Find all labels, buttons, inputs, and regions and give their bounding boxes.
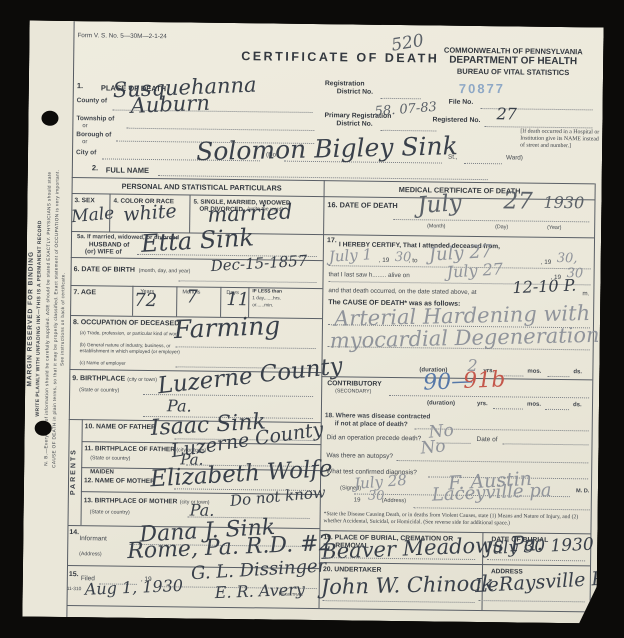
birthplace-hint1: (city or town) bbox=[127, 377, 157, 383]
physician-address: Laceyville pa bbox=[432, 482, 552, 505]
primary-district-no-value: 58. 07-83 bbox=[374, 101, 437, 119]
registration-label: Registration bbox=[325, 80, 365, 87]
time-of-death-value: 12-10 P. bbox=[512, 278, 576, 297]
city-label: City of bbox=[76, 149, 96, 156]
autopsy-value: No bbox=[420, 438, 447, 457]
dotted-line bbox=[464, 163, 502, 164]
father-birthplace-hint2: (State or country) bbox=[90, 455, 130, 461]
age-years-value: 72 bbox=[134, 292, 157, 310]
hole-punch bbox=[35, 421, 52, 436]
dotted-line bbox=[381, 98, 421, 99]
date-of-birth-label: 6. DATE OF BIRTH bbox=[74, 266, 135, 274]
attended-to-year: 30, bbox=[557, 252, 578, 265]
date-of-death-day: 27 bbox=[503, 190, 533, 213]
dotted-line bbox=[487, 559, 585, 561]
occupation-hint-b: (b) General nature of industry, business… bbox=[80, 343, 184, 355]
form-number: Form V. S. No. 5—30M—2-1-24 bbox=[77, 32, 166, 40]
registered-no-value: 27 bbox=[496, 106, 517, 122]
occupation-hint-c: (c) Name of employer bbox=[79, 361, 125, 367]
operation-date-label: Date of bbox=[477, 436, 498, 443]
operation-label: Did an operation precede death? bbox=[327, 434, 422, 442]
if-less-label2: 1 day,......hrs. bbox=[252, 296, 281, 301]
occupation-hint-a: (a) Trade, profession, or particular kin… bbox=[80, 331, 180, 338]
date-of-birth-value: Dec-15-1857 bbox=[210, 254, 307, 275]
occupation-label: 8. OCCUPATION OF DECEASED bbox=[73, 319, 179, 327]
md-label: M. D. bbox=[576, 488, 589, 494]
item14-number: 14. bbox=[69, 529, 79, 536]
autopsy-label: Was there an autopsy? bbox=[326, 452, 393, 460]
binding-margin-strip: MARGIN RESERVED FOR BINDING WRITE PLAINL… bbox=[22, 21, 74, 618]
dotted-line bbox=[545, 409, 569, 410]
cause-footnote: *State the Disease Causing Death, or in … bbox=[324, 511, 590, 528]
mother-birthplace-label: 13. BIRTHPLACE OF MOTHER bbox=[84, 497, 178, 505]
burial-date-value: July 30 1930 bbox=[485, 537, 594, 558]
age-months-value: 7 bbox=[186, 288, 198, 306]
rule bbox=[132, 286, 133, 316]
section-left-title: PERSONAL AND STATISTICAL PARTICULARS bbox=[84, 181, 320, 193]
parents-group-label: PARENTS bbox=[70, 419, 78, 525]
contributory-code-red: 91b bbox=[463, 369, 506, 393]
mother-birthplace-hint2: (State or country) bbox=[90, 509, 130, 515]
year-hint: (Year) bbox=[547, 225, 561, 231]
signed-address-label: (Address) bbox=[382, 498, 406, 504]
full-name-label: FULL NAME bbox=[106, 165, 149, 175]
file-no-label: File No. bbox=[449, 99, 474, 106]
m-label: m. bbox=[582, 290, 589, 297]
undertaker-value: John W. Chinock bbox=[321, 573, 494, 598]
marital-value: married bbox=[207, 202, 293, 226]
day-hint: (Day) bbox=[495, 224, 508, 230]
sex-label: 3. SEX bbox=[74, 197, 94, 204]
date-of-death-month: July bbox=[417, 192, 463, 218]
item1-number: 1. bbox=[77, 81, 83, 90]
if-less-label1: IF LESS than bbox=[252, 289, 282, 294]
printed-19: , 19 bbox=[379, 257, 390, 264]
contributory-label: CONTRIBUTORY bbox=[327, 380, 381, 388]
township-value: Auburn bbox=[130, 93, 210, 117]
maiden-label: MAIDEN bbox=[90, 469, 114, 475]
rule bbox=[81, 419, 83, 525]
if-less-label3: or......min. bbox=[252, 303, 273, 308]
dotted-line bbox=[323, 600, 475, 603]
hospital-note: [If death occurred in a Hospital or Inst… bbox=[520, 129, 600, 152]
occupation-value: Farming bbox=[173, 313, 280, 342]
q18-line2: if not at place of death? bbox=[335, 420, 408, 428]
last-saw-text: that I last saw h........ alive on bbox=[329, 271, 410, 279]
filed-date-value: Aug 1, 1930 bbox=[84, 578, 183, 598]
registered-no-label: Registered No. bbox=[432, 116, 480, 124]
photo-of-certificate: { "colors":{"paper":"#ece9dd","ink":"#33… bbox=[0, 0, 624, 638]
dotted-line bbox=[414, 507, 590, 510]
father-birthplace-label: 11. BIRTHPLACE OF FATHER bbox=[84, 445, 175, 453]
borough-label: Borough of bbox=[76, 131, 111, 138]
mother-name-label: 12. NAME OF MOTHER bbox=[84, 477, 155, 485]
attended-from-value: July 1 bbox=[328, 247, 372, 264]
dotted-line bbox=[176, 346, 316, 349]
age-label: 7. AGE bbox=[73, 289, 96, 296]
age-days-value: 11 bbox=[226, 291, 249, 309]
q18-line1: 18. Where was disease contracted bbox=[325, 412, 431, 420]
birthplace-value: Luzerne County bbox=[157, 355, 344, 398]
dotted-line bbox=[547, 376, 569, 377]
or-text: or bbox=[82, 123, 87, 129]
agency-bureau: BUREAU OF VITAL STATISTICS bbox=[425, 66, 601, 77]
dotted-line bbox=[393, 219, 589, 222]
ds-label2: ds. bbox=[573, 402, 582, 408]
filed-signature: G. L. Dissinger bbox=[191, 557, 327, 583]
spouse-value: Etta Sink bbox=[140, 225, 254, 255]
hole-punch bbox=[41, 111, 58, 126]
agency-department: DEPARTMENT OF HEALTH bbox=[425, 54, 601, 67]
wife-of-label: (or) WIFE of bbox=[85, 248, 122, 255]
death-occurred-text: and that death occurred, on the date sta… bbox=[328, 287, 476, 296]
month-hint: (Month) bbox=[427, 223, 445, 229]
dotted-line bbox=[396, 460, 588, 463]
birthplace-label: 9. BIRTHPLACE bbox=[72, 375, 125, 383]
secondary-hint: (SECONDARY) bbox=[335, 388, 371, 394]
dotted-line bbox=[178, 280, 316, 283]
full-name-value: Solomon Bigley Sink bbox=[196, 133, 458, 164]
death-certificate-document: MARGIN RESERVED FOR BINDING WRITE PLAINL… bbox=[22, 21, 603, 624]
dotted-line bbox=[493, 408, 523, 409]
item2-number: 2. bbox=[92, 163, 98, 172]
rule bbox=[67, 605, 590, 612]
ward-label: Ward) bbox=[506, 154, 523, 161]
dotted-line bbox=[126, 128, 314, 131]
to-label: , to bbox=[409, 257, 418, 264]
township-label: Township of bbox=[76, 115, 114, 122]
ds-label: ds. bbox=[573, 369, 582, 375]
item15-number: 15. bbox=[69, 571, 79, 578]
informant-address-label: (Address) bbox=[79, 551, 102, 557]
primary-district-no-label: District No. bbox=[336, 120, 372, 127]
yrs-label2: yrs. bbox=[477, 401, 488, 407]
registrar-label: Registrar bbox=[279, 592, 303, 598]
registration-district-no-label: District No. bbox=[337, 88, 373, 95]
county-label: County of bbox=[77, 97, 107, 104]
color-race-value: white bbox=[123, 202, 178, 225]
birthplace-hint2: (State or country) bbox=[79, 387, 119, 393]
printed-19: , 19 bbox=[541, 259, 552, 266]
date-of-birth-hint: (month, day, and year) bbox=[139, 268, 191, 275]
informant-label: Informant bbox=[79, 535, 107, 542]
undertaker-address-value: LeRaysville Pa. bbox=[474, 569, 621, 596]
date-of-death-year: 1930 bbox=[543, 195, 584, 211]
dotted-line bbox=[479, 600, 585, 602]
last-saw-value: July 27 bbox=[446, 261, 503, 280]
print-code: 11-310 bbox=[67, 587, 82, 592]
item17-number: 17. bbox=[327, 237, 337, 244]
birthplace-state-value: Pa. bbox=[167, 398, 192, 414]
dotted-line bbox=[389, 395, 589, 398]
duration-label2: (duration) bbox=[427, 400, 455, 406]
undertaker-label: 20. UNDERTAKER bbox=[323, 566, 382, 574]
blue-stamp-number: 70877 bbox=[459, 81, 505, 96]
rule bbox=[176, 286, 177, 316]
signed-19-label: 19 bbox=[354, 498, 361, 504]
dotted-line bbox=[503, 443, 589, 445]
father-name-label: 10. NAME OF FATHER bbox=[85, 423, 156, 431]
mos-label: mos. bbox=[527, 369, 541, 375]
or-text: or bbox=[82, 139, 87, 145]
mos-label2: mos. bbox=[527, 402, 541, 408]
date-of-death-label: 16. DATE OF DEATH bbox=[327, 200, 397, 210]
